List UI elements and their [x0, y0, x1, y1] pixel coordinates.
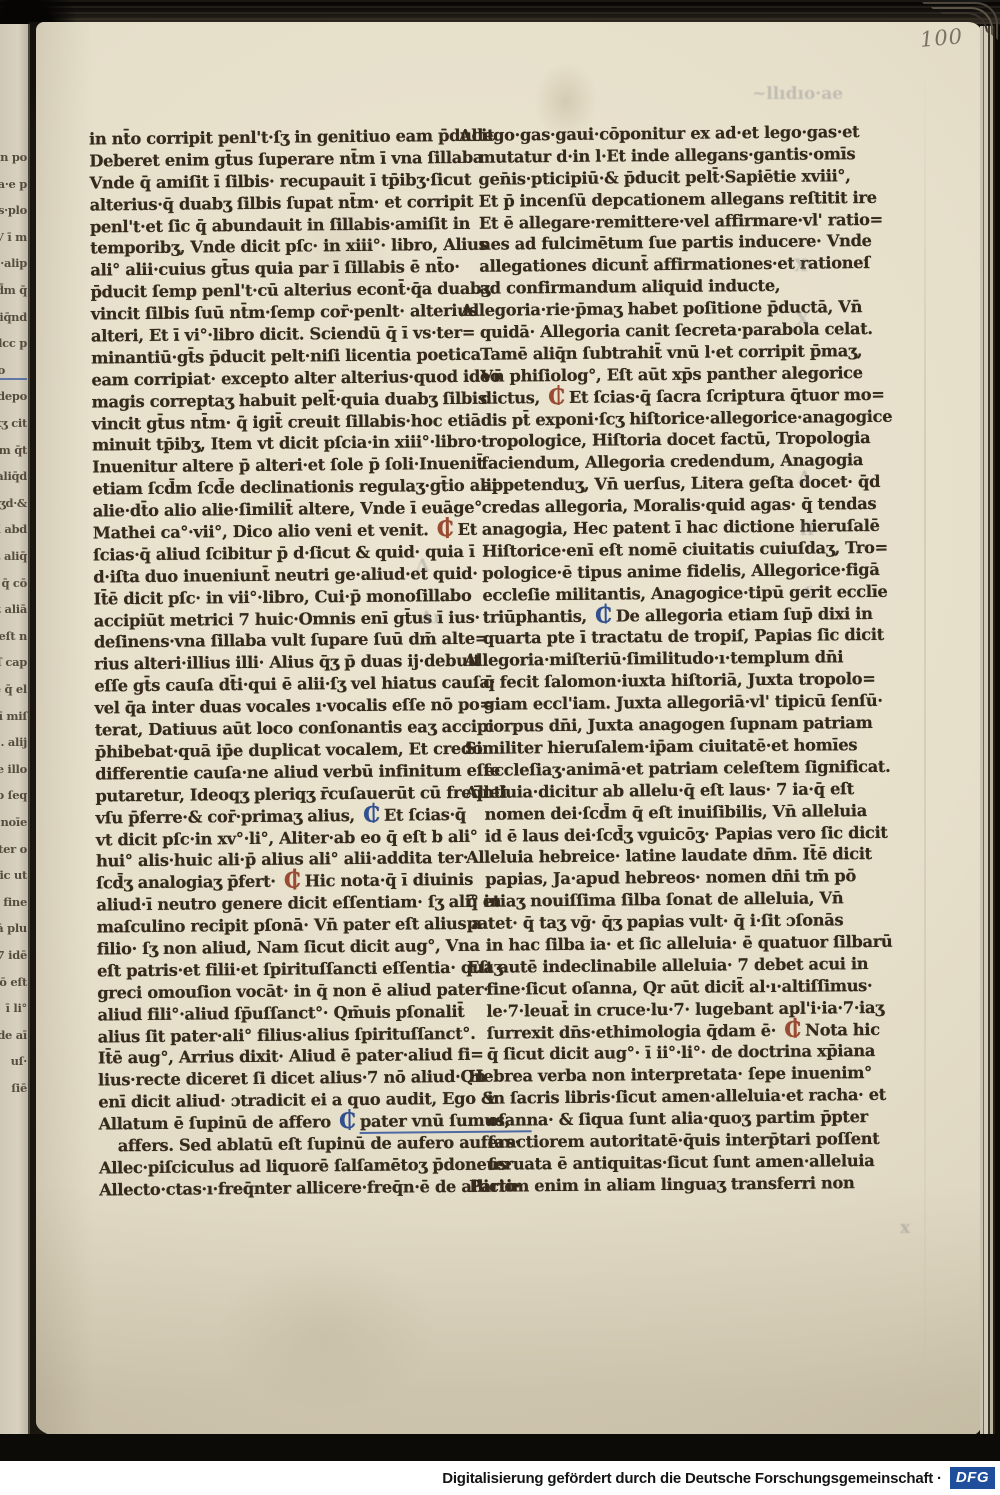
gutter-text-fragment: ocis·plo [0, 203, 27, 217]
text-line: Et p̄ incenſū depcationem allegans reſti… [460, 187, 842, 213]
gutter-text-fragment: ſcd̄m q̄ [0, 283, 27, 297]
banner-text: Digitalisierung gefördert durch die Deut… [442, 1470, 942, 1487]
text-line: vſu p̄ferre·& cor̄·primaʒ alius, CEt ſci… [96, 804, 432, 829]
gutter-text-fragment: e in po [0, 150, 27, 164]
gutter-text-fragment: ndī abd [0, 522, 27, 536]
text-line: temporibʒ, Vnde dicit pſc· in xiii°· lib… [90, 235, 426, 260]
text-line: differentie cauſa·ne aliud verbū infinit… [95, 760, 431, 785]
text-line: terat, Datiuus aūt loco conſonantis eaʒ … [95, 716, 431, 741]
text-line: alterius·q̄ duabʒ ſilbis ſupat nt̄m· et … [90, 191, 426, 216]
gutter-text-fragment: uſ cap [0, 655, 27, 669]
text-line: Alleluia·dicitur ab allelu·q̄ eſt laus· … [465, 778, 847, 804]
digitization-banner: Digitalisierung gefördert durch die Deut… [0, 1461, 1000, 1495]
text-line: alie·dt̄o alio alie·ſimilit̄ altere, Vnd… [93, 497, 429, 522]
gutter-text-fragment: ſiē [11, 1081, 27, 1095]
text-line: greci omouſion vocāt· in q̄ non ē aliud … [97, 979, 433, 1004]
ink-bleedthrough-mark: Λ [416, 556, 429, 576]
gutter-text-fragment: ſic ut [0, 868, 27, 882]
text-line: alius ſit pater·ali° filius·alius ſpirit… [98, 1023, 434, 1048]
text-line: minantiū·gt̄s p̄ducit pelt·niſi licentia… [91, 344, 427, 369]
blue-underline: fit loco [0, 363, 27, 380]
text-line: deſinens·vna ſillaba vult ſupare ſuū dm̄… [94, 629, 430, 654]
text-line: enī dicit aliud· ɔtradicit ei a quo audi… [98, 1088, 434, 1113]
ink-bleedthrough-mark: ſſ [800, 520, 815, 540]
text-area: in nt̄o corripit penl't·ſʒ in genitiuo e… [36, 18, 996, 1443]
text-line: ſurrexit dn̄s·ethimologia q̄dam ē· CNota… [468, 1019, 850, 1045]
dfg-logo: DFG [950, 1467, 995, 1489]
gutter-text-fragment: s auxʒ cit [0, 416, 27, 430]
ink-bleedthrough-mark: Λı [420, 608, 440, 628]
text-line: filio· ſʒ non aliud, Nam ſicut dicit aug… [97, 935, 433, 960]
scanned-book-page: e in poala·e pocis·plo, V ī mco·alipſcd̄… [0, 0, 1000, 1495]
gutter-text-fragment: q̄ā plu [0, 921, 27, 935]
text-line: Deberet enim gt̄us ſuperare nt̄m ī vna ſ… [89, 147, 425, 172]
gutter-text-fragment: nō eſt [0, 975, 27, 989]
ink-bleedthrough-mark: ~llıdıo·ae [752, 84, 843, 104]
text-line: It̄ē aug°, Arrius dixit· Aliud ē pater·a… [98, 1045, 434, 1070]
text-line: alteri, Et ī vi°·libro dicit. Sciendū q̄… [91, 322, 427, 347]
text-line: vel q̄a inter duas vocales ı·vocalis eſſ… [94, 694, 430, 719]
gutter-text-fragment: , V ī m [0, 230, 27, 244]
gutter-text-fragment: aliq̄nd [0, 310, 27, 324]
gutter-text-fragment: 7 idē [0, 948, 27, 962]
text-line: p̄ducit ſemp penl't·cū alterius econt̄·q… [90, 278, 426, 303]
text-line: rius alteri·illius illi· Alius q̄ʒ p̄ du… [94, 651, 430, 676]
text-line: eſt patris·et filii·et ſpirituſſancti eſ… [97, 957, 433, 982]
text-line: Inuenitur altere p̄ alteri·et ſole p̄ ſo… [92, 454, 428, 479]
text-line: ſcias·q̄ aliud ſcibitur p̄ d·ſicut & qui… [93, 541, 429, 566]
text-line: nomen dei·ſcd̄m q̄ eſt inuiſibilis, Vn̄ … [465, 800, 847, 826]
text-line: dictus, CEt ſcias·q̄ ſacra ſcriptura q̄t… [462, 384, 844, 410]
text-line: in nt̄o corripit penl't·ſʒ in genitiuo e… [89, 125, 425, 150]
text-line: affers. Sed ablatū eſt ſupinū de aufero … [99, 1132, 435, 1157]
text-line: eam corripiat· excepto alter alterius·qu… [91, 366, 427, 391]
book-bottom-edge [0, 1434, 1000, 1462]
text-line: gen̄is·pticipiū·& p̄ducit pelt̄·Sapiētie… [459, 165, 841, 191]
gutter-text-fragment: fit loco [0, 363, 27, 377]
text-line: Allatum ē ſupinū de affero Cpater vnū ſu… [98, 1110, 434, 1135]
text-line: fine·ſicut oſanna, Qr aūt dicit̄ al·ı·al… [467, 975, 849, 1001]
text-line: eſſe gt̄s cauſa dt̄i·qui ē alii·ſʒ vel h… [94, 673, 430, 698]
ink-bleedthrough-mark: ſ [804, 584, 811, 604]
text-line: ali° alii·cuius gt̄us quia par ī ſillabi… [90, 257, 426, 282]
gutter-text-fragment: it aliā [0, 602, 27, 616]
text-line: Allecto·ctas·ı·freq̄nter allicere·freq̄n… [99, 1176, 435, 1201]
text-line: penl't·et ſic q̄ abundauit in ſillabis·a… [90, 213, 426, 238]
gutter-text-fragment: q̄ndepo [0, 389, 27, 403]
text-line: d·iſta duo inueniunt̄ neutri ge·aliud·et… [93, 563, 429, 588]
gutter-text-fragment: ī miſ [0, 709, 27, 723]
gutter-text-fragment: ad fine [0, 895, 27, 909]
gutter-text-fragment: uſ· [11, 1054, 27, 1068]
ink-bleedthrough-mark: X· [794, 256, 813, 276]
text-line: allegationes dicunt̄ affirmationes·et ra… [460, 253, 842, 279]
gutter-text-fragment: . alij [0, 735, 27, 749]
text-line: aliud fili°·aliud ſp̄uſſanct°· Qm̄uis pſ… [97, 1001, 433, 1026]
text-line: lius·recte diceret ſi dicet alius·7 nō a… [98, 1067, 434, 1092]
gutter-text-fragment: ſ q̄ cō [0, 576, 27, 590]
facing-page-sliver: e in poala·e pocis·plo, V ī mco·alipſcd̄… [0, 24, 30, 1436]
gutter-text-fragment: de illo [0, 762, 27, 776]
text-line: vt dicit pſc·in xv°·li°, Aliter·ab eo q̄… [96, 826, 432, 851]
gutter-text-fragment: re q̄ el [0, 682, 27, 696]
gutter-text-fragment: p̄ter o [0, 842, 27, 856]
text-column-left: in nt̄o corripit penl't·ſʒ in genitiuo e… [89, 125, 435, 1201]
text-line: etiam ſcd̄m ſcd̄e declinationis regulaʒ·… [92, 475, 428, 500]
text-line: Vn̄ phiſiolog°, Eſt aūt xp̄s panther ale… [461, 362, 843, 388]
text-line: hui° alis·huic ali·p̄ alius ali° alii·ad… [96, 848, 432, 873]
text-line: maſculino recipit pſonā· Vn̄ pater eſt a… [97, 913, 433, 938]
gutter-text-fragment: ʒ eſt n [0, 629, 27, 643]
ink-bleedthrough-mark: X [796, 310, 809, 330]
gutter-text-fragment: r li·lcc p [0, 336, 27, 350]
gutter-text-fragment: co·alip [0, 256, 27, 270]
text-line: eccleſie militantis, Anagogice·tipū geri… [463, 581, 845, 607]
text-column-right: Allego·gas·gaui·cōponitur ex ad·et lego·… [459, 121, 851, 1197]
manuscript-page: 100 in nt̄o corripit penl't·ſʒ in geniti… [36, 22, 982, 1438]
text-line: Vnde q̄ amiſit ī ſilbis· recupauit ī tp̄… [89, 169, 425, 194]
gutter-text-fragment: ē noīe [0, 815, 27, 829]
text-line: Partim enim in aliam linguaʒ transferri … [469, 1172, 851, 1198]
gutter-text-fragment: fit aliq̄ [0, 549, 27, 563]
text-line: ſcd̄ʒ analogiaʒ p̄fert· CHic nota·q̄ ī d… [96, 870, 432, 895]
gutter-text-fragment: aliq̄ʒd·& [0, 496, 27, 510]
text-line: putaretur, Ideoqʒ pleriqʒ r̄cuſauerūt cū… [95, 782, 431, 807]
text-line: magis correptaʒ habuit pelt̄·quia duabʒ … [92, 388, 428, 413]
gutter-text-fragment: e ſ aliq̄d [0, 469, 27, 483]
text-line: Mathei ca°·vii°, Dico alio veni et venit… [93, 519, 429, 544]
text-line: p̄hibebat·quā ip̄e duplicat vocalem, Et … [95, 738, 431, 763]
text-line: vincit ſilbis ſuū nt̄m·ſemp cor̄·penlt· … [91, 300, 427, 325]
text-line: accipiūt metrici 7 huic·Omnis enī gt̄us … [94, 607, 430, 632]
gutter-text-fragment: ulum q̄t [0, 443, 27, 457]
ink-bleedthrough-mark: x [900, 1218, 910, 1238]
text-line: aliud·ī neutro genere dicit eſſentiam· ſ… [96, 891, 432, 916]
text-line: minuit tp̄ibʒ, Item vt dicit pſcia·in xi… [92, 432, 428, 457]
text-line: It̄ē dicit pſc· in vii°·libro, Cui·p̄ mo… [93, 585, 429, 610]
text-line: Allec·piſciculus ad liquorē ſalſamētoʒ p… [99, 1154, 435, 1179]
ink-bleedthrough-mark: Λ [798, 468, 811, 488]
page-edges-right [980, 26, 1000, 1434]
gutter-text-fragment: ala·e p [0, 177, 27, 191]
gutter-text-fragment: de aī [0, 1028, 27, 1042]
gutter-text-fragment: ɔ ſeq [0, 788, 27, 802]
gutter-text-fragment: ī li° [6, 1001, 27, 1015]
text-line: vincit gt̄us nt̄m· q̄ igit̄ creuit ſilla… [92, 410, 428, 435]
